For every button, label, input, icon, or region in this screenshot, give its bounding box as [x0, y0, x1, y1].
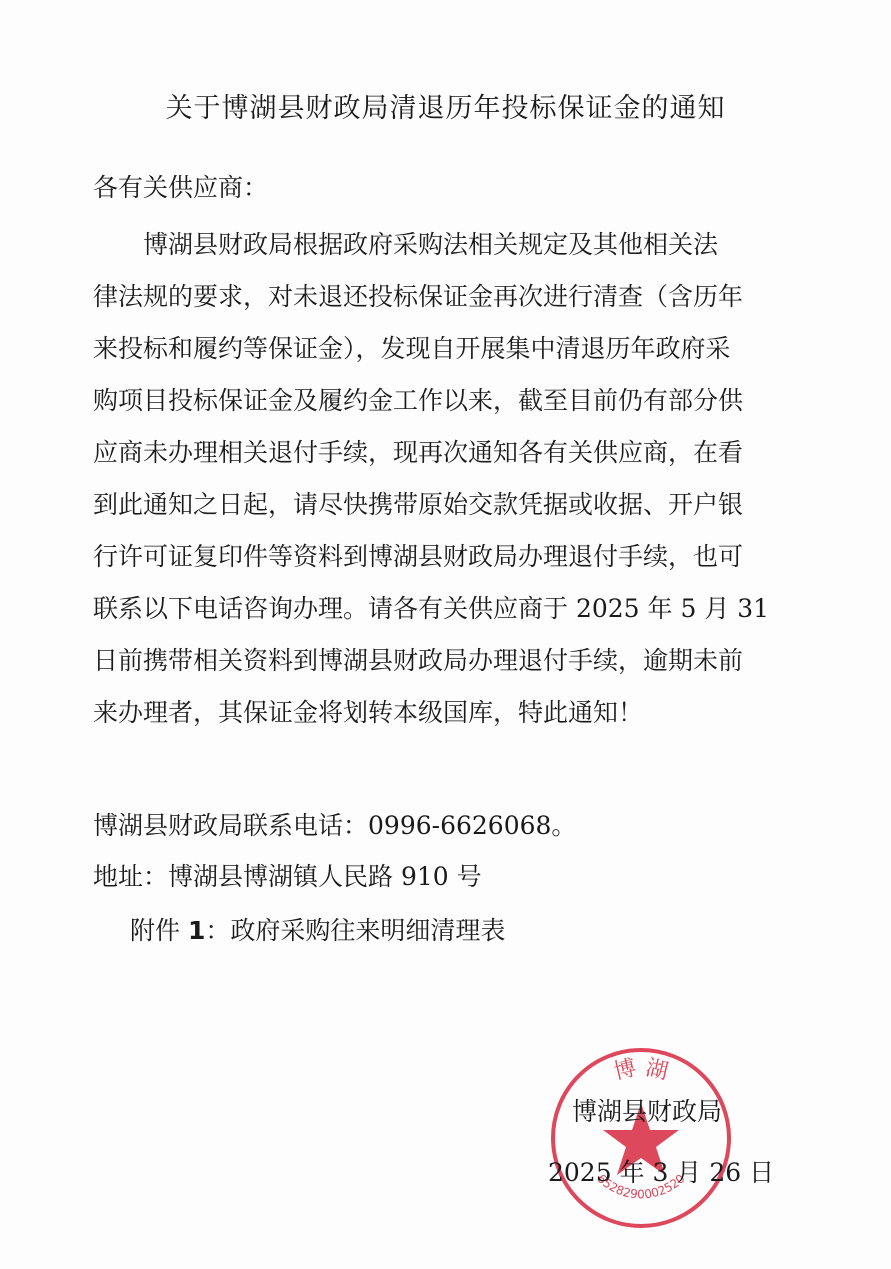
- svg-text:博 湖: 博 湖: [612, 1056, 671, 1085]
- official-seal-icon: 博 湖 6528290002520: [548, 1045, 734, 1231]
- attachment-line: 附件 1：政府采购往来明细清理表: [130, 911, 505, 947]
- signature-organization: 博湖县财政局: [572, 1092, 722, 1128]
- body-line: 应商未办理相关退付手续，现再次通知各有关供应商，在看: [93, 432, 793, 484]
- body-line: 来办理者，其保证金将划转本级国库，特此通知！: [93, 692, 793, 744]
- body-line: 日前携带相关资料到博湖县财政局办理退付手续，逾期未前: [93, 640, 793, 692]
- salutation: 各有关供应商：: [93, 168, 268, 204]
- document-title: 关于博湖县财政局清退历年投标保证金的通知: [0, 86, 891, 125]
- notice-body: 博湖县财政局根据政府采购法相关规定及其他相关法 律法规的要求，对未退还投标保证金…: [93, 224, 793, 744]
- attachment-prefix: 附件: [130, 916, 188, 945]
- body-line: 来投标和履约等保证金），发现自开展集中清退历年政府采: [93, 328, 793, 380]
- body-line: 博湖县财政局根据政府采购法相关规定及其他相关法: [93, 224, 793, 276]
- body-line: 联系以下电话咨询办理。请各有关供应商于 2025 年 5 月 31: [93, 588, 793, 640]
- body-line: 到此通知之日起，请尽快携带原始交款凭据或收据、开户银: [93, 484, 793, 536]
- address: 地址：博湖县博湖镇人民路 910 号: [93, 857, 482, 893]
- attachment-title: ：政府采购往来明细清理表: [205, 916, 505, 945]
- signature-date: 2025 年 3 月 26 日: [548, 1153, 774, 1189]
- body-line: 行许可证复印件等资料到博湖县财政局办理退付手续，也可: [93, 536, 793, 588]
- attachment-number: 1: [188, 916, 205, 945]
- contact-phone: 博湖县财政局联系电话：0996-6626068。: [93, 806, 576, 842]
- document-page: 关于博湖县财政局清退历年投标保证金的通知 各有关供应商： 博湖县财政局根据政府采…: [0, 0, 891, 1269]
- body-line: 购项目投标保证金及履约金工作以来，截至目前仍有部分供: [93, 380, 793, 432]
- body-line: 律法规的要求，对未退还投标保证金再次进行清查（含历年: [93, 276, 793, 328]
